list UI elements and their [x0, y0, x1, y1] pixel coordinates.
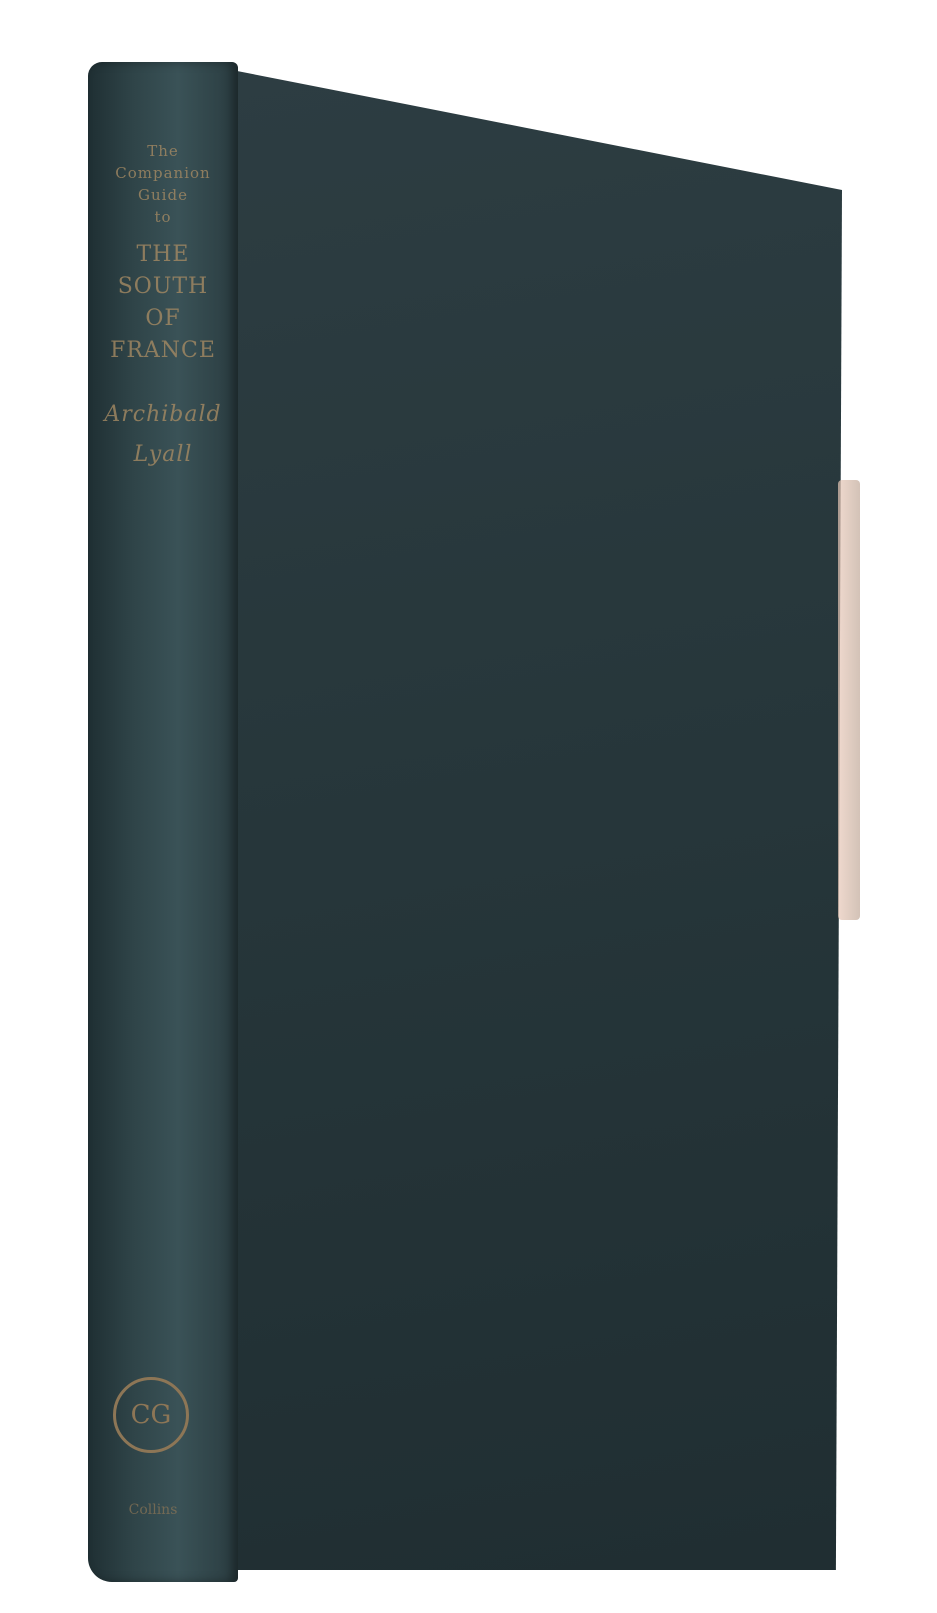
- spine-title-line: SOUTH: [88, 274, 238, 299]
- spine-title-line: FRANCE: [88, 338, 238, 363]
- spine-title-line: The: [88, 142, 238, 160]
- publisher-logo: CG: [113, 1377, 189, 1453]
- spine-title-line: THE: [88, 242, 238, 267]
- publisher-name: Collins: [108, 1502, 198, 1518]
- book-spine: The Companion Guide to THE SOUTH OF FRAN…: [88, 62, 238, 1582]
- spine-title-line: OF: [88, 306, 238, 331]
- spine-title-line: to: [88, 208, 238, 226]
- book-photo: The Companion Guide to THE SOUTH OF FRAN…: [0, 0, 937, 1613]
- spine-author-line: Archibald: [88, 402, 238, 427]
- page-edge: [838, 480, 860, 920]
- spine-title-line: Guide: [88, 186, 238, 204]
- spine-title-line: Companion: [88, 164, 238, 182]
- book-front-cover: [232, 70, 842, 1570]
- spine-author-line: Lyall: [88, 442, 238, 467]
